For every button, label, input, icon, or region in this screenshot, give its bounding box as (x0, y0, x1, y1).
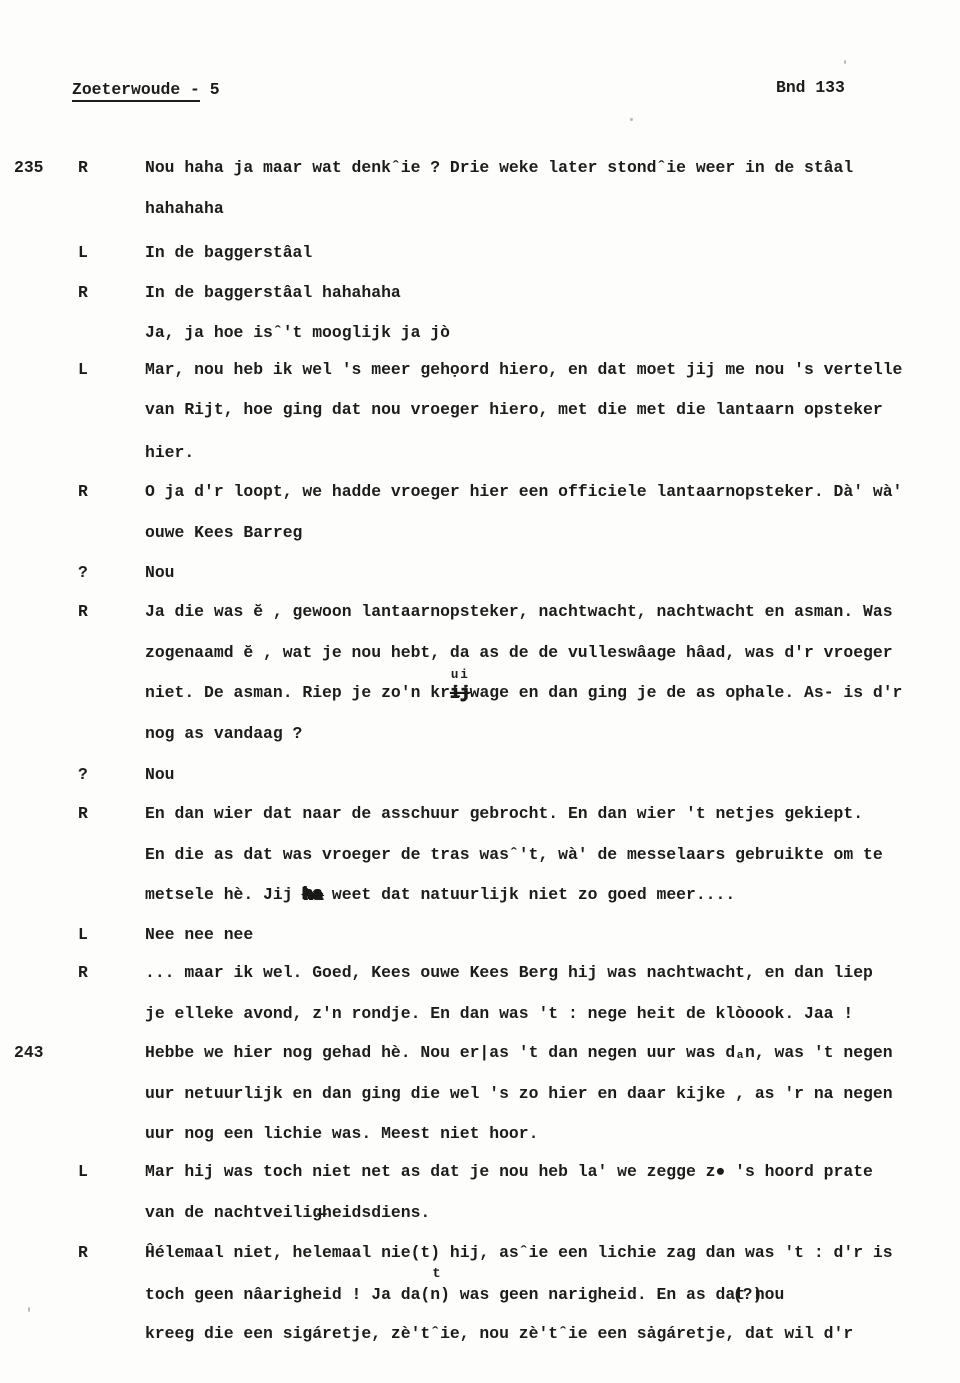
inserted-letter: t (432, 1266, 440, 1282)
speaker-label: ? (78, 765, 88, 784)
speaker-label: L (78, 243, 88, 262)
line-text: In de baggerstâal (145, 243, 312, 262)
scan-speck (844, 60, 846, 64)
transcript-line: uur nog een lichie was. Meest niet hoor. (0, 1124, 960, 1148)
transcript-line: LIn de baggerstâal (0, 243, 960, 267)
transcript-line: uur netuurlijk en dan ging die wel 's zo… (0, 1084, 960, 1108)
handwritten-correction: uiij (450, 683, 470, 702)
transcript-line: En die as dat was vroeger de tras wasˆ't… (0, 845, 960, 869)
band-number: Bnd 133 (776, 78, 845, 97)
transcript-line: je elleke avond, z'n rondje. En dan was … (0, 1004, 960, 1028)
line-text: Nee nee nee (145, 925, 253, 944)
line-text: nog as vandaag ? (145, 724, 302, 743)
line-text: Nou haha ja maar wat denkˆie ? Drie weke… (145, 158, 853, 177)
line-number: 235 (14, 158, 44, 177)
line-text: Nou (145, 765, 175, 784)
line-text: En die as dat was vroeger de tras wasˆ't… (145, 845, 883, 864)
transcript-line: R... maar ik wel. Goed, Kees ouwe Kees B… (0, 963, 960, 987)
speaker-label: R (78, 1243, 88, 1262)
page-title-underlined: Zoeterwoude - (72, 80, 200, 102)
line-text: van Rijt, hoe ging dat nou vroeger hiero… (145, 400, 883, 419)
transcript-line: LMar hij was toch niet net as dat je nou… (0, 1162, 960, 1186)
overstruck-word: ha (302, 885, 322, 904)
transcript-line: RO ja d'r loopt, we hadde vroeger hier e… (0, 482, 960, 506)
speaker-label: L (78, 1162, 88, 1181)
scan-speck (28, 1307, 30, 1312)
line-text: niet. De asman. Riep je zo'n kruiijwage … (145, 683, 902, 702)
struck-text: ij (450, 683, 470, 702)
line-text: kreeg die een sigáretje, zè'tˆie, nou zè… (145, 1324, 853, 1343)
line-text: toch geen nâarigheid ! Ja da(tn) was gee… (145, 1285, 784, 1304)
speaker-label: ? (78, 563, 88, 582)
transcript-line: Ja, ja hoe isˆ't mooglijk ja jò (0, 323, 960, 347)
inserted-letter-above: tn (430, 1285, 440, 1304)
transcript-line: LNee nee nee (0, 925, 960, 949)
transcript-line: hier. (0, 443, 960, 467)
line-text: van de nachtveilig̶heidsdiens. (145, 1203, 430, 1222)
speaker-label: L (78, 360, 88, 379)
transcript-line: 243Hebbe we hier nog gehad hè. Nou er|as… (0, 1043, 960, 1067)
transcript-line: 235RNou haha ja maar wat denkˆie ? Drie … (0, 158, 960, 182)
line-text: uur netuurlijk en dan ging die wel 's zo… (145, 1084, 893, 1103)
correction-above-text: ui (451, 668, 470, 682)
transcript-line: metsele hè. Jij ha weet dat natuurlijk n… (0, 885, 960, 909)
line-text: hahahaha (145, 199, 224, 218)
speaker-label: R (78, 963, 88, 982)
speaker-label: R (78, 283, 88, 302)
line-text: En dan wier dat naar de asschuur gebroch… (145, 804, 863, 823)
transcript-line: van Rijt, hoe ging dat nou vroeger hiero… (0, 400, 960, 424)
line-text: Ja die was ĕ , gewoon lantaarnopsteker, … (145, 602, 893, 621)
line-text: uur nog een lichie was. Meest niet hoor. (145, 1124, 538, 1143)
line-text: zogenaamd ĕ , wat je nou hebt, da as de … (145, 643, 893, 662)
page-title-tail: 5 (200, 80, 220, 99)
margin-query-note: (?) (733, 1285, 763, 1304)
line-text: Ja, ja hoe isˆ't mooglijk ja jò (145, 323, 450, 342)
document-page: Zoeterwoude - 5 Bnd 133 235RNou haha ja … (0, 0, 960, 1383)
line-number: 243 (14, 1043, 44, 1062)
speaker-label: R (78, 158, 88, 177)
transcript-line: ouwe Kees Barreg (0, 523, 960, 547)
transcript-line: LMar, nou heb ik wel 's meer gehọord hie… (0, 360, 960, 384)
scan-speck (630, 118, 633, 121)
line-text: ouwe Kees Barreg (145, 523, 302, 542)
transcript-line: ?Nou (0, 563, 960, 587)
transcript-line: RJa die was ĕ , gewoon lantaarnopsteker,… (0, 602, 960, 626)
line-text: Ĥélemaal niet, helemaal nie(t) hij, asˆi… (145, 1243, 893, 1262)
scan-speck (657, 370, 660, 373)
line-text: Hebbe we hier nog gehad hè. Nou er|as 't… (145, 1043, 893, 1062)
transcript-line: REn dan wier dat naar de asschuur gebroc… (0, 804, 960, 828)
transcript-line: zogenaamd ĕ , wat je nou hebt, da as de … (0, 643, 960, 667)
transcript-line: nog as vandaag ? (0, 724, 960, 748)
line-text: ... maar ik wel. Goed, Kees ouwe Kees Be… (145, 963, 873, 982)
speaker-label: R (78, 602, 88, 621)
transcript-line: kreeg die een sigáretje, zè'tˆie, nou zè… (0, 1324, 960, 1348)
transcript-line: van de nachtveilig̶heidsdiens. (0, 1203, 960, 1227)
transcript-line: ?Nou (0, 765, 960, 789)
transcript-line: hahahaha (0, 199, 960, 223)
line-text: je elleke avond, z'n rondje. En dan was … (145, 1004, 853, 1023)
line-text: metsele hè. Jij ha weet dat natuurlijk n… (145, 885, 735, 904)
speaker-label: R (78, 482, 88, 501)
transcript-line: RĤélemaal niet, helemaal nie(t) hij, asˆ… (0, 1243, 960, 1267)
speaker-label: R (78, 804, 88, 823)
line-text: Nou (145, 563, 175, 582)
transcript-line: RIn de baggerstâal hahahaha (0, 283, 960, 307)
line-text: In de baggerstâal hahahaha (145, 283, 401, 302)
line-text: Mar, nou heb ik wel 's meer gehọord hier… (145, 360, 902, 379)
transcript-line: niet. De asman. Riep je zo'n kruiijwage … (0, 683, 960, 707)
page-title: Zoeterwoude - 5 (72, 80, 220, 99)
line-text: hier. (145, 443, 194, 462)
line-text: O ja d'r loopt, we hadde vroeger hier ee… (145, 482, 902, 501)
speaker-label: L (78, 925, 88, 944)
line-text: Mar hij was toch niet net as dat je nou … (145, 1162, 873, 1181)
transcript-line: toch geen nâarigheid ! Ja da(tn) was gee… (0, 1285, 960, 1309)
